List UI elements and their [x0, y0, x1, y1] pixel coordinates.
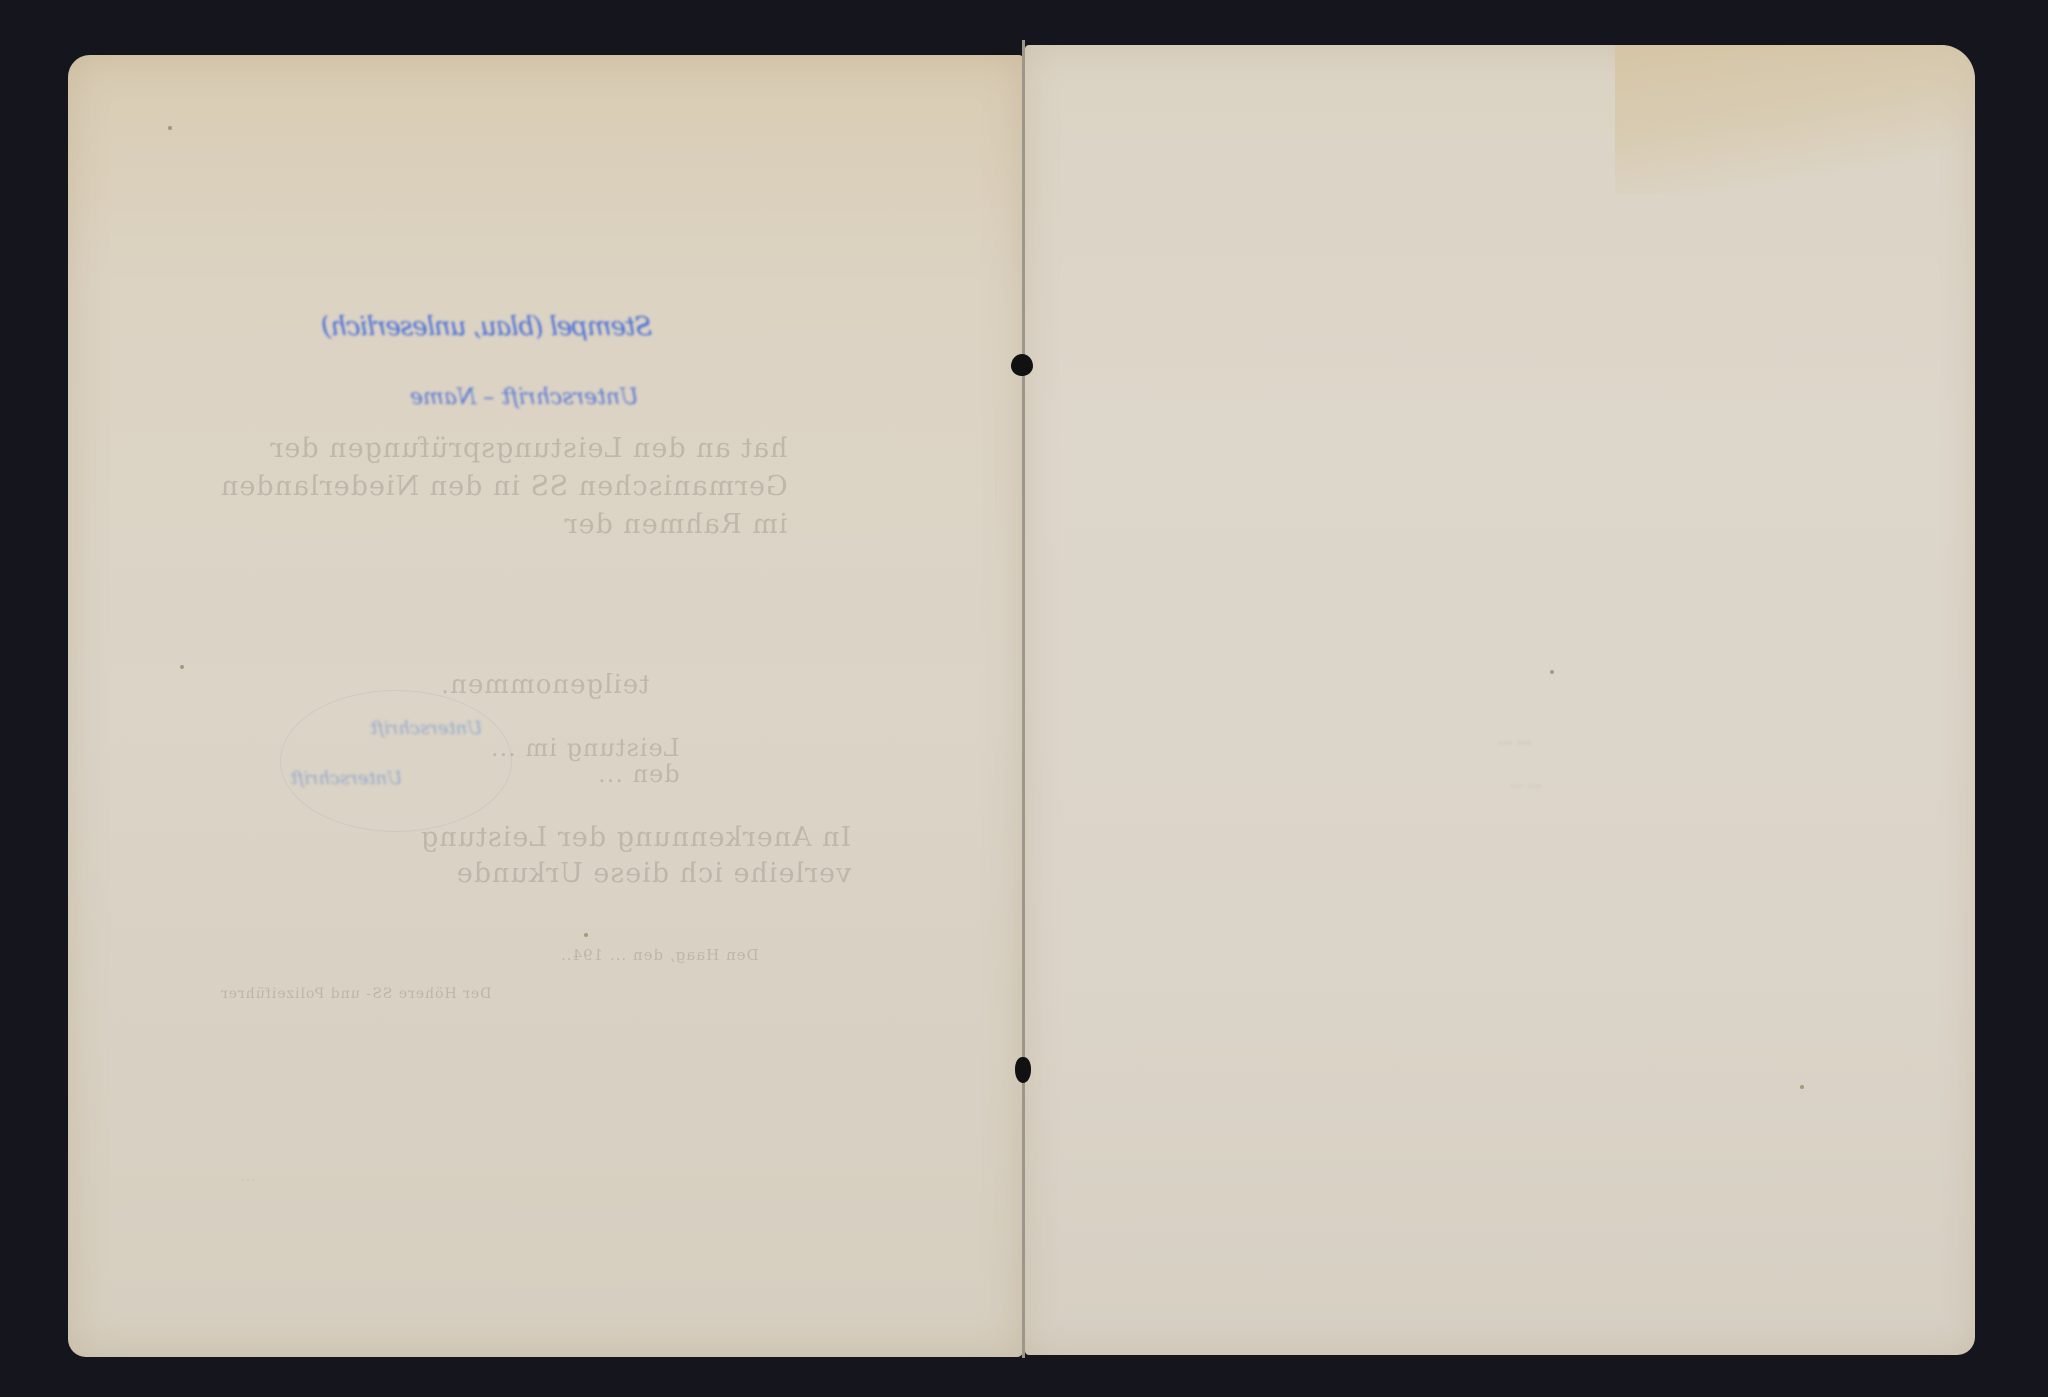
paper-speck	[168, 126, 172, 130]
bleed-closing: In Anerkennung der Leistung verleihe ich…	[420, 820, 851, 892]
bleed-heading: teilgenommen.	[440, 670, 650, 700]
bleed-paragraph: hat an den Leistungsprüfungen der German…	[220, 430, 788, 544]
faint-annotation-1: ... ...	[1498, 730, 1531, 748]
bleed-line: Germanischen SS in den Niederlanden	[220, 468, 788, 506]
paper-speck	[1800, 1085, 1804, 1089]
paper-speck	[1550, 670, 1554, 674]
bleed-line: im Rahmen der	[220, 506, 788, 544]
bleed-footer-place-date: Den Haag, den ... 194..	[560, 946, 759, 964]
stamp-ring	[280, 690, 512, 832]
signature-2: Unterschrift	[290, 768, 402, 789]
bleed-fields: Leistung im ... den ...	[490, 735, 680, 787]
bleed-field: den ...	[490, 761, 680, 787]
blue-stamp-line-1: Stempel (blau, unleserlich)	[322, 312, 652, 342]
binding-fold	[1022, 40, 1025, 1358]
bleed-footer-title: Der Höhere SS- und Polizeiführer	[220, 986, 491, 1002]
signature-1: Unterschrift	[370, 718, 482, 739]
blue-stamp-line-2: Unterschrift – Name	[410, 385, 639, 410]
paper-speck	[180, 665, 184, 669]
right-page	[1025, 45, 1975, 1355]
paper-speck	[584, 933, 588, 937]
binding-hole-bottom	[1015, 1057, 1031, 1083]
bleed-line: hat an den Leistungsprüfungen der	[220, 430, 788, 468]
age-stain	[1615, 45, 1975, 195]
left-page	[68, 55, 1023, 1357]
bleed-bottom-faint: ...	[240, 1170, 255, 1185]
faint-annotation-2: ... ...	[1510, 775, 1541, 791]
bleed-field: Leistung im ...	[490, 735, 680, 761]
binding-hole-top	[1011, 354, 1033, 376]
bleed-line: verleihe ich diese Urkunde	[420, 856, 851, 892]
bleed-line: In Anerkennung der Leistung	[420, 820, 851, 856]
